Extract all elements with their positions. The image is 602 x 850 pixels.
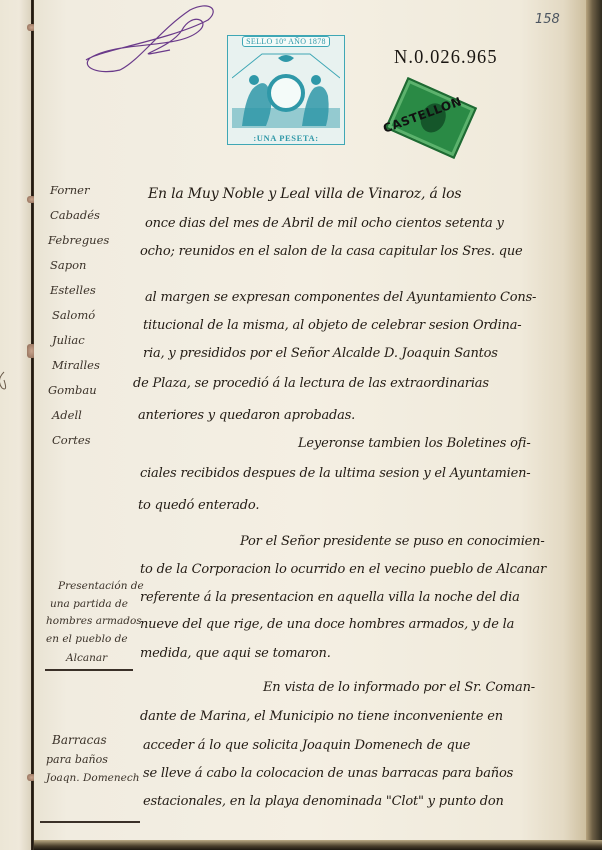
margin-name: Sapon [50, 258, 86, 272]
margin-name: Forner [50, 183, 89, 197]
body-line: En vista de lo informado por el Sr. Coma… [263, 680, 535, 695]
stamp-year-label: SELLO 10º AÑO 1878 [242, 36, 330, 47]
folio-number: 158 [535, 12, 560, 27]
left-page-ink-fragment [0, 0, 32, 850]
margin-name: Adell [52, 408, 82, 422]
body-line: de Plaza, se procedió á la lectura de la… [133, 376, 489, 391]
body-line: En la Muy Noble y Leal villa de Vinaroz,… [148, 186, 461, 202]
margin-note-line: en el pueblo de [46, 633, 128, 645]
stamp-value-label: :UNA PESETA: [228, 133, 344, 143]
body-line: dante de Marina, el Municipio no tiene i… [140, 709, 503, 724]
body-line: ria, y presididos por el Señor Alcalde D… [143, 346, 498, 361]
serial-number: N.0.026.965 [394, 46, 498, 69]
body-line: se lleve á cabo la colocacion de unas ba… [143, 766, 513, 781]
body-line: al margen se expresan componentes del Ay… [145, 290, 536, 305]
margin-name: Febregues [48, 233, 109, 247]
margin-divider [45, 669, 133, 671]
page-bottom-edge [34, 840, 602, 850]
margin-note-line: Alcanar [66, 652, 107, 664]
margin-name: Estelles [50, 283, 96, 297]
margin-note-line: Joaqn. Domenech [46, 772, 139, 784]
body-line: estacionales, en la playa denominada "Cl… [143, 794, 504, 809]
body-line: to quedó enterado. [138, 498, 259, 513]
signature-flourish-icon [80, 0, 220, 80]
body-line: acceder á lo que solicita Joaquin Domene… [143, 738, 470, 753]
margin-name: Gombau [48, 383, 97, 397]
left-facing-page [0, 0, 32, 850]
allegorical-figures-icon [232, 48, 340, 130]
margin-name: Miralles [52, 358, 100, 372]
body-line: ciales recibidos despues de la ultima se… [140, 466, 530, 481]
body-line: titucional de la misma, al objeto de cel… [143, 318, 521, 333]
body-line: medida, que aqui se tomaron. [140, 646, 331, 661]
page-edge-shadow [586, 0, 602, 850]
body-line: once dias del mes de Abril de mil ocho c… [145, 216, 504, 231]
margin-note-line: una partida de [50, 598, 128, 610]
body-line: anteriores y quedaron aprobadas. [138, 408, 355, 423]
body-line: to de la Corporacion lo ocurrido en el v… [140, 562, 546, 577]
body-line: ocho; reunidos en el salon de la casa ca… [140, 244, 523, 259]
margin-note-line: hombres armados [46, 615, 142, 627]
fiscal-stamp: SELLO 10º AÑO 1878 :UNA PESETA: [227, 35, 345, 145]
body-line: referente á la presentacion en aquella v… [140, 590, 520, 605]
body-line: Leyeronse tambien los Boletines ofi- [298, 436, 531, 451]
margin-name: Salomó [52, 308, 95, 322]
margin-note-line: Presentación de [58, 580, 144, 592]
margin-note-line: para baños [46, 753, 108, 766]
margin-divider [40, 821, 140, 823]
margin-note-line: Barracas [52, 733, 107, 747]
margin-name: Juliac [52, 333, 85, 347]
margin-name: Cortes [52, 433, 91, 447]
margin-name: Cabadés [50, 208, 100, 222]
body-line: nueve del que rige, de una doce hombres … [140, 617, 514, 632]
body-line: Por el Señor presidente se puso en conoc… [240, 534, 545, 549]
